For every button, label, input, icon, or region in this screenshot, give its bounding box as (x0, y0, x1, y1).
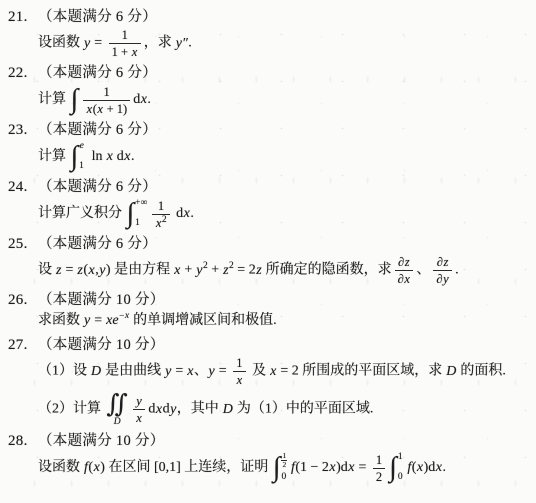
problem-number: 21. (8, 8, 38, 27)
problem-23-header: 23. （本题满分 6 分） (8, 121, 528, 140)
problem-23-formula: 计算 ∫e1 ln x dx. (38, 141, 528, 173)
problem-28-header: 28. （本题满分 10 分） (8, 432, 528, 451)
problem-score: （本题满分 6 分） (38, 64, 157, 83)
problem-26-header: 26. （本题满分 10 分） (8, 291, 528, 310)
problem-22: 22. （本题满分 6 分） 计算 ∫1x(x + 1)dx. (8, 64, 528, 116)
problem-number: 26. (8, 291, 38, 310)
problem-23: 23. （本题满分 6 分） 计算 ∫e1 ln x dx. (8, 121, 528, 173)
problem-number: 22. (8, 64, 38, 83)
integral-sign: ∫ (127, 198, 135, 230)
problem-score: （本题满分 6 分） (38, 235, 157, 254)
scanned-exam-page: { "problems": [ { "number": "21.", "scor… (0, 0, 536, 503)
problem-score: （本题满分 6 分） (38, 8, 157, 27)
problem-22-formula: 计算 ∫1x(x + 1)dx. (38, 84, 528, 116)
problem-number: 28. (8, 432, 38, 451)
problem-26: 26. （本题满分 10 分） 求函数 y = xe−x 的单调增减区间和极值. (8, 291, 528, 331)
problem-26-formula: 求函数 y = xe−x 的单调增减区间和极值. (38, 311, 528, 331)
integral-sign: ∫ (273, 452, 281, 484)
problem-24: 24. （本题满分 6 分） 计算广义积分 ∫+∞11x2 dx. (8, 178, 528, 230)
problem-score: （本题满分 6 分） (38, 121, 157, 140)
problem-22-header: 22. （本题满分 6 分） (8, 64, 528, 83)
problem-24-header: 24. （本题满分 6 分） (8, 178, 528, 197)
problem-27: 27. （本题满分 10 分） （1）设 D 是由曲线 y = x、y = 1x… (8, 336, 528, 427)
problem-27-part-1: （1）设 D 是由曲线 y = x、y = 1x 及 x = 2 所围成的平面区… (38, 356, 528, 387)
problem-number: 27. (8, 336, 38, 355)
problem-25-header: 25. （本题满分 6 分） (8, 235, 528, 254)
problem-score: （本题满分 10 分） (38, 291, 165, 310)
problem-27-header: 27. （本题满分 10 分） (8, 336, 528, 355)
integral-sign: ∫ (389, 452, 397, 484)
problem-number: 24. (8, 178, 38, 197)
integral-sign: ∫ (71, 84, 79, 116)
problem-score: （本题满分 10 分） (38, 432, 165, 451)
problem-28: 28. （本题满分 10 分） 设函数 f(x) 在区间 [0,1] 上连续，证… (8, 432, 528, 484)
problem-number: 25. (8, 235, 38, 254)
problem-27-part-2: （2）计算 ∬Dyxdxdy，其中 D 为（1）中的平面区域. (38, 392, 528, 427)
problem-21-header: 21. （本题满分 6 分） (8, 8, 528, 27)
problem-21-formula: 设函数 y = 11 + x，求 y″. (38, 28, 528, 59)
problem-28-formula: 设函数 f(x) 在区间 [0,1] 上连续，证明 ∫120f(1 − 2x)d… (38, 452, 528, 484)
problem-score: （本题满分 10 分） (38, 336, 165, 355)
problem-25-formula: 设 z = z(x,y) 是由方程 x + y2 + z2 = 2z 所确定的隐… (38, 255, 528, 286)
problem-25: 25. （本题满分 6 分） 设 z = z(x,y) 是由方程 x + y2 … (8, 235, 528, 286)
problem-21: 21. （本题满分 6 分） 设函数 y = 11 + x，求 y″. (8, 8, 528, 59)
problem-24-formula: 计算广义积分 ∫+∞11x2 dx. (38, 198, 528, 230)
problem-number: 23. (8, 121, 38, 140)
exam-paper: 21. （本题满分 6 分） 设函数 y = 11 + x，求 y″. 22. … (0, 0, 536, 484)
integral-sign: ∫ (71, 141, 79, 173)
problem-score: （本题满分 6 分） (38, 178, 157, 197)
double-integral-sign: ∬ (107, 392, 128, 418)
